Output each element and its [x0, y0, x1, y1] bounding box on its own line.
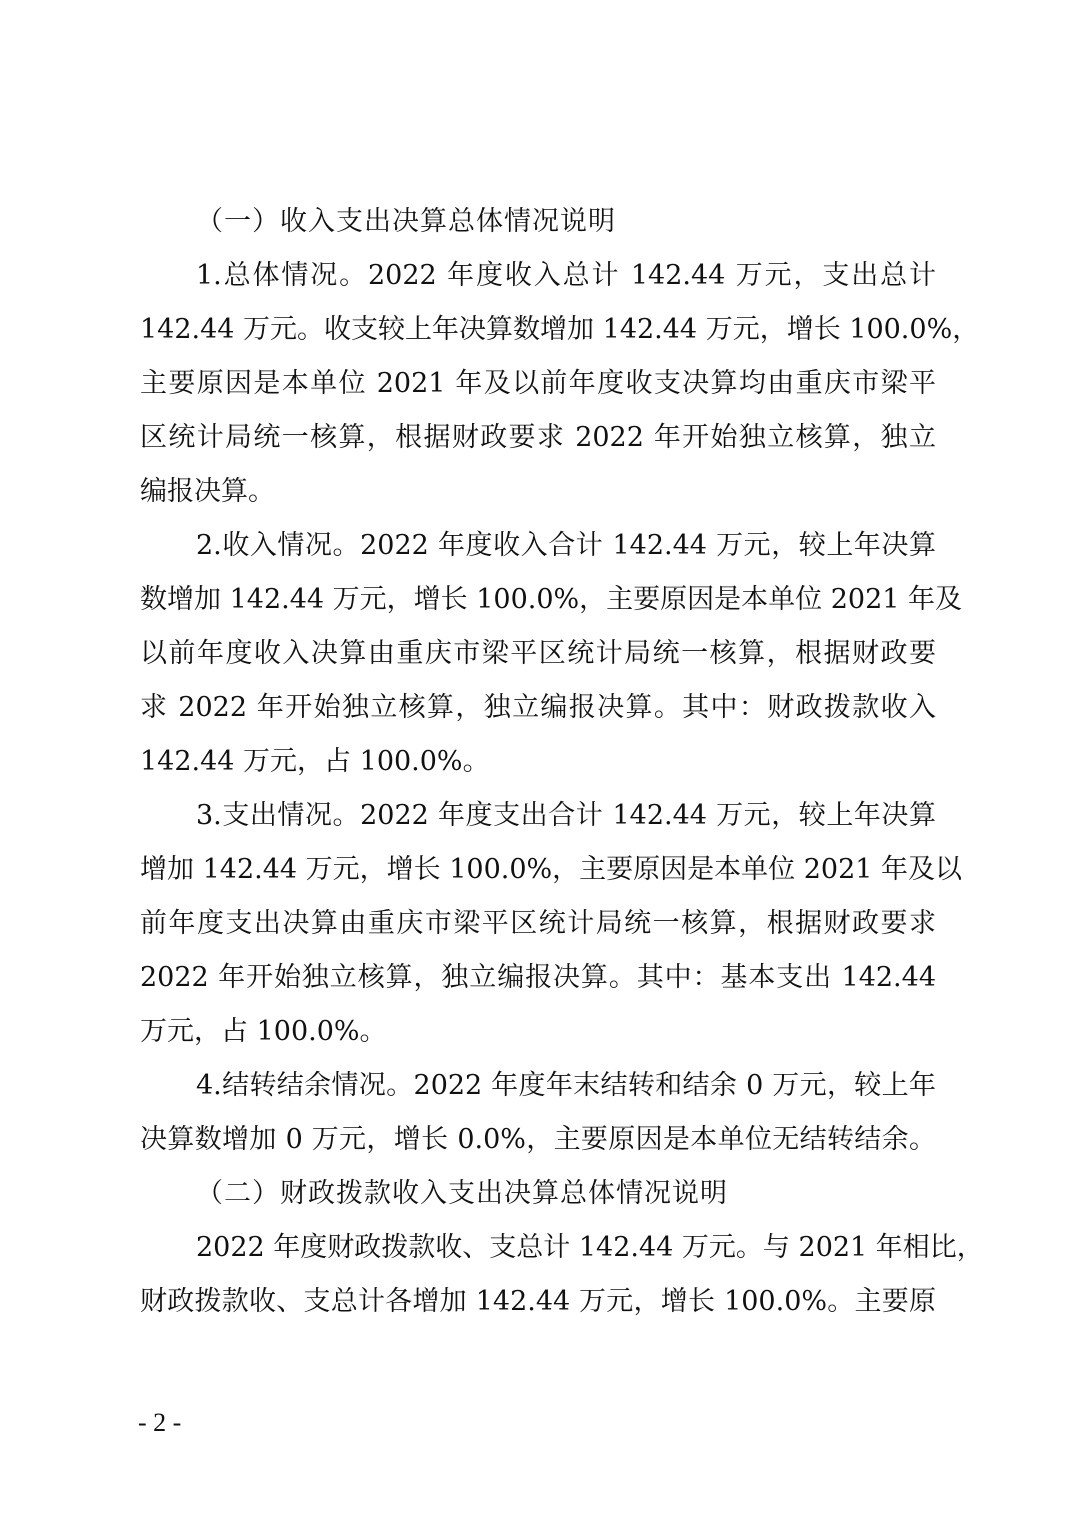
paragraph-line: 财政拨款收、支总计各增加 142.44 万元，增长 100.0%。主要原	[140, 1282, 936, 1322]
section-heading-2: （二）财政拨款收入支出决算总体情况说明	[196, 1174, 728, 1214]
paragraph-line: 增加 142.44 万元，增长 100.0%，主要原因是本单位 2021 年及以	[140, 850, 936, 890]
paragraph-line: 区统计局统一核算，根据财政要求 2022 年开始独立核算，独立	[140, 418, 936, 458]
paragraph-line: 决算数增加 0 万元，增长 0.0%，主要原因是本单位无结转结余。	[140, 1120, 936, 1160]
paragraph-line: 前年度支出决算由重庆市梁平区统计局统一核算，根据财政要求	[140, 904, 936, 944]
paragraph-line: 2.收入情况。2022 年度收入合计 142.44 万元，较上年决算	[196, 526, 936, 566]
paragraph-line: 142.44 万元。收支较上年决算数增加 142.44 万元，增长 100.0%…	[140, 310, 936, 350]
paragraph-line: 万元，占 100.0%。	[140, 1012, 936, 1052]
paragraph-line: 3.支出情况。2022 年度支出合计 142.44 万元，较上年决算	[196, 796, 936, 836]
paragraph-line: 2022 年度财政拨款收、支总计 142.44 万元。与 2021 年相比，	[196, 1228, 936, 1268]
paragraph-line: 主要原因是本单位 2021 年及以前年度收支决算均由重庆市梁平	[140, 364, 936, 404]
paragraph-line: 编报决算。	[140, 472, 936, 512]
section-heading-1: （一）收入支出决算总体情况说明	[196, 202, 616, 242]
page-number: - 2 -	[138, 1405, 181, 1441]
paragraph-line: 2022 年开始独立核算，独立编报决算。其中：基本支出 142.44	[140, 958, 936, 998]
paragraph-line: 4.结转结余情况。2022 年度年末结转和结余 0 万元，较上年	[196, 1066, 936, 1106]
document-page: （一）收入支出决算总体情况说明 1.总体情况。2022 年度收入总计 142.4…	[0, 0, 1074, 1520]
paragraph-line: 142.44 万元，占 100.0%。	[140, 742, 936, 782]
paragraph-line: 以前年度收入决算由重庆市梁平区统计局统一核算，根据财政要	[140, 634, 936, 674]
paragraph-line: 1.总体情况。2022 年度收入总计 142.44 万元，支出总计	[196, 256, 936, 296]
paragraph-line: 求 2022 年开始独立核算，独立编报决算。其中：财政拨款收入	[140, 688, 936, 728]
paragraph-line: 数增加 142.44 万元，增长 100.0%，主要原因是本单位 2021 年及	[140, 580, 936, 620]
